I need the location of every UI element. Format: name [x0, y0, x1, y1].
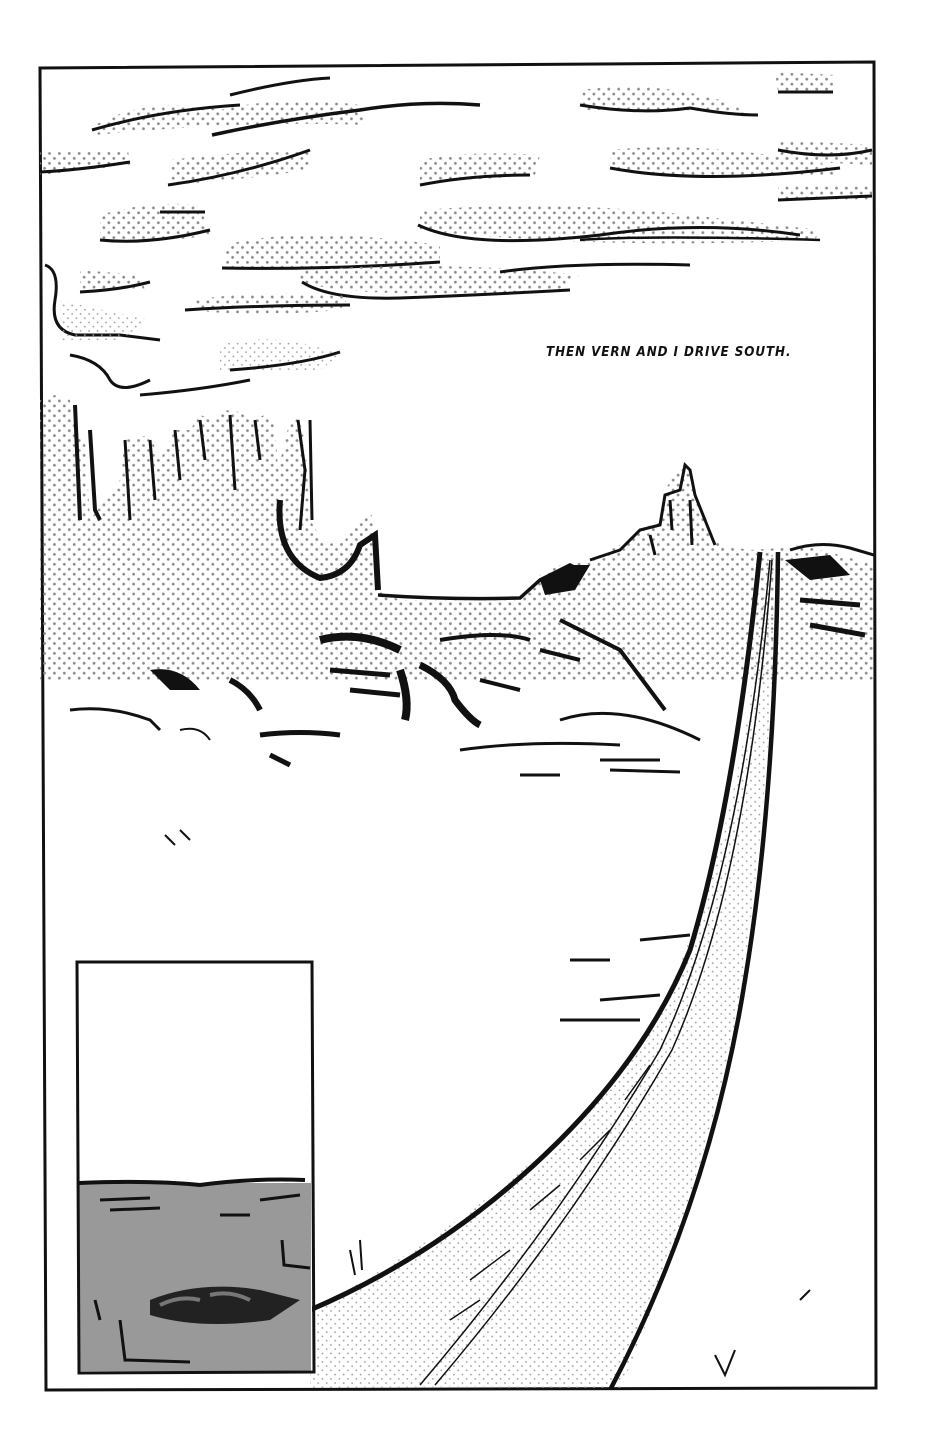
inset-panel	[77, 962, 314, 1373]
comic-artwork	[0, 0, 940, 1453]
comic-page: THEN VERN AND I DRIVE SOUTH.	[0, 0, 940, 1453]
caption-text: THEN VERN AND I DRIVE SOUTH.	[546, 345, 791, 360]
